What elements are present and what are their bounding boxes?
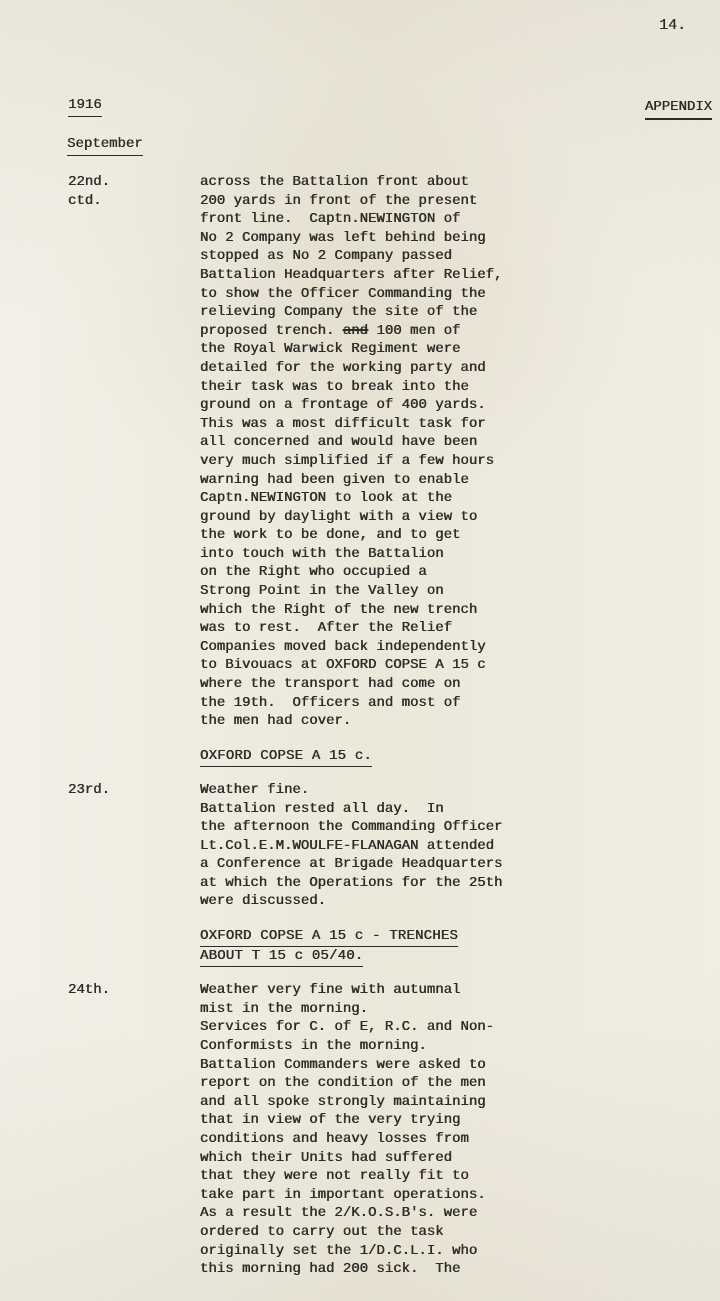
paragraph: Weather very fine with autumnalmist in t…	[200, 981, 658, 1279]
body-line: proposed trench. and 100 men of	[200, 322, 658, 341]
body-line: mist in the morning.	[200, 1000, 658, 1019]
body-line: which their Units had suffered	[200, 1149, 658, 1168]
entry-date: 24th.	[68, 981, 200, 1000]
text-segment: to show the Officer Commanding the	[200, 286, 486, 302]
paragraph: Weather fine.Battalion rested all day. I…	[200, 781, 658, 911]
body-line: ground by daylight with a view to	[200, 508, 658, 527]
body-line: the 19th. Officers and most of	[200, 694, 658, 713]
month-heading: September	[67, 135, 143, 156]
text-segment: Weather fine.	[200, 782, 309, 798]
struck-text: and	[343, 323, 368, 339]
body-line: which the Right of the new trench	[200, 601, 658, 620]
body-line: take part in important operations.	[200, 1186, 658, 1205]
body-line: very much simplified if a few hours	[200, 452, 658, 471]
date-line: 24th.	[68, 981, 200, 1000]
diary-entry: 22nd.ctd.across the Battalion front abou…	[68, 173, 658, 767]
text-segment: where the transport had come on	[200, 676, 460, 692]
body-line: their task was to break into the	[200, 378, 658, 397]
text-segment: on the Right who occupied a	[200, 564, 427, 580]
section-heading: OXFORD COPSE A 15 c.	[200, 747, 658, 767]
text-segment: their task was to break into the	[200, 379, 469, 395]
heading-line: OXFORD COPSE A 15 c - TRENCHES	[200, 927, 658, 947]
diary-entry: 23rd.Weather fine.Battalion rested all d…	[68, 781, 658, 967]
month-heading-text: September	[67, 135, 143, 156]
body-line: Battalion Headquarters after Relief,	[200, 266, 658, 285]
body-line: was to rest. After the Relief	[200, 619, 658, 638]
entry-date: 22nd.ctd.	[68, 173, 200, 210]
body-line: As a result the 2/K.O.S.B's. were	[200, 1204, 658, 1223]
text-segment: that in view of the very trying	[200, 1112, 460, 1128]
body-line: Weather very fine with autumnal	[200, 981, 658, 1000]
entry-body: across the Battalion front about200 yard…	[200, 173, 658, 767]
text-segment: Services for C. of E, R.C. and Non-	[200, 1019, 494, 1035]
heading-text: OXFORD COPSE A 15 c.	[200, 747, 372, 767]
body-line: Battalion rested all day. In	[200, 800, 658, 819]
text-segment: warning had been given to enable	[200, 472, 469, 488]
body-line: into touch with the Battalion	[200, 545, 658, 564]
text-segment: mist in the morning.	[200, 1001, 368, 1017]
body-line: and all spoke strongly maintaining	[200, 1093, 658, 1112]
text-segment: No 2 Company was left behind being	[200, 230, 486, 246]
text-segment: proposed trench.	[200, 323, 343, 339]
entry-body: Weather very fine with autumnalmist in t…	[200, 981, 658, 1279]
body-line: the men had cover.	[200, 712, 658, 731]
diary-entries: 22nd.ctd.across the Battalion front abou…	[68, 173, 658, 1293]
paragraph: across the Battalion front about200 yard…	[200, 173, 658, 731]
text-segment: ordered to carry out the task	[200, 1224, 444, 1240]
text-segment: Companies moved back independently	[200, 639, 486, 655]
text-segment: across the Battalion front about	[200, 174, 469, 190]
text-segment: As a result the 2/K.O.S.B's. were	[200, 1205, 477, 1221]
text-segment: the men had cover.	[200, 713, 351, 729]
text-segment: detailed for the working party and	[200, 360, 486, 376]
text-segment: the Royal Warwick Regiment were	[200, 341, 460, 357]
year-heading-text: 1916	[68, 96, 102, 117]
body-line: conditions and heavy losses from	[200, 1130, 658, 1149]
body-line: that they were not really fit to	[200, 1167, 658, 1186]
body-line: across the Battalion front about	[200, 173, 658, 192]
heading-text: OXFORD COPSE A 15 c - TRENCHES	[200, 927, 458, 947]
text-segment: 200 yards in front of the present	[200, 193, 477, 209]
body-line: This was a most difficult task for	[200, 415, 658, 434]
text-segment: take part in important operations.	[200, 1187, 486, 1203]
body-line: originally set the 1/D.C.L.I. who	[200, 1242, 658, 1261]
text-segment: was to rest. After the Relief	[200, 620, 452, 636]
date-line: ctd.	[68, 192, 200, 211]
body-line: No 2 Company was left behind being	[200, 229, 658, 248]
text-segment: This was a most difficult task for	[200, 416, 486, 432]
text-segment: 100 men of	[368, 323, 460, 339]
heading-line: OXFORD COPSE A 15 c.	[200, 747, 658, 767]
entry-body: Weather fine.Battalion rested all day. I…	[200, 781, 658, 967]
body-line: to Bivouacs at OXFORD COPSE A 15 c	[200, 656, 658, 675]
body-line: the Royal Warwick Regiment were	[200, 340, 658, 359]
body-line: relieving Company the site of the	[200, 303, 658, 322]
body-line: Conformists in the morning.	[200, 1037, 658, 1056]
year-heading: 1916	[68, 96, 102, 117]
text-segment: Weather very fine with autumnal	[200, 982, 460, 998]
diary-entry: 24th.Weather very fine with autumnalmist…	[68, 981, 658, 1279]
body-line: the afternoon the Commanding Officer	[200, 818, 658, 837]
body-line: Companies moved back independently	[200, 638, 658, 657]
body-line: Lt.Col.E.M.WOULFE-FLANAGAN attended	[200, 837, 658, 856]
body-line: Battalion Commanders were asked to	[200, 1056, 658, 1075]
text-segment: were discussed.	[200, 893, 326, 909]
body-line: Strong Point in the Valley on	[200, 582, 658, 601]
text-segment: the work to be done, and to get	[200, 527, 460, 543]
text-segment: all concerned and would have been	[200, 434, 477, 450]
text-segment: originally set the 1/D.C.L.I. who	[200, 1243, 477, 1259]
text-segment: Conformists in the morning.	[200, 1038, 427, 1054]
text-segment: very much simplified if a few hours	[200, 453, 494, 469]
text-segment: ground on a frontage of 400 yards.	[200, 397, 486, 413]
text-segment: a Conference at Brigade Headquarters	[200, 856, 502, 872]
heading-line: ABOUT T 15 c 05/40.	[200, 947, 658, 967]
body-line: the work to be done, and to get	[200, 526, 658, 545]
date-line: 22nd.	[68, 173, 200, 192]
text-segment: and all spoke strongly maintaining	[200, 1094, 486, 1110]
document-page: 14. 1916 APPENDIX September 22nd.ctd.acr…	[0, 0, 720, 1301]
text-segment: Captn.NEWINGTON to look at the	[200, 490, 452, 506]
body-line: on the Right who occupied a	[200, 563, 658, 582]
text-segment: report on the condition of the men	[200, 1075, 486, 1091]
text-segment: relieving Company the site of the	[200, 304, 477, 320]
body-line: where the transport had come on	[200, 675, 658, 694]
body-line: to show the Officer Commanding the	[200, 285, 658, 304]
text-segment: Battalion rested all day. In	[200, 801, 444, 817]
body-line: warning had been given to enable	[200, 471, 658, 490]
body-line: ground on a frontage of 400 yards.	[200, 396, 658, 415]
text-segment: that they were not really fit to	[200, 1168, 469, 1184]
body-line: 200 yards in front of the present	[200, 192, 658, 211]
text-segment: front line. Captn.NEWINGTON of	[200, 211, 460, 227]
body-line: Captn.NEWINGTON to look at the	[200, 489, 658, 508]
section-heading: OXFORD COPSE A 15 c - TRENCHESABOUT T 15…	[200, 927, 658, 967]
text-segment: to Bivouacs at OXFORD COPSE A 15 c	[200, 657, 486, 673]
body-line: were discussed.	[200, 892, 658, 911]
text-segment: into touch with the Battalion	[200, 546, 444, 562]
body-line: report on the condition of the men	[200, 1074, 658, 1093]
text-segment: conditions and heavy losses from	[200, 1131, 469, 1147]
body-line: front line. Captn.NEWINGTON of	[200, 210, 658, 229]
appendix-heading-text: APPENDIX	[645, 98, 712, 120]
body-line: ordered to carry out the task	[200, 1223, 658, 1242]
body-line: Weather fine.	[200, 781, 658, 800]
text-segment: the afternoon the Commanding Officer	[200, 819, 502, 835]
body-line: this morning had 200 sick. The	[200, 1260, 658, 1279]
text-segment: Battalion Commanders were asked to	[200, 1057, 486, 1073]
text-segment: this morning had 200 sick. The	[200, 1261, 460, 1277]
page-number: 14.	[659, 16, 686, 35]
text-segment: which their Units had suffered	[200, 1150, 452, 1166]
text-segment: at which the Operations for the 25th	[200, 875, 502, 891]
body-line: that in view of the very trying	[200, 1111, 658, 1130]
body-line: a Conference at Brigade Headquarters	[200, 855, 658, 874]
text-segment: Lt.Col.E.M.WOULFE-FLANAGAN attended	[200, 838, 494, 854]
body-line: detailed for the working party and	[200, 359, 658, 378]
text-segment: ground by daylight with a view to	[200, 509, 477, 525]
text-segment: Battalion Headquarters after Relief,	[200, 267, 502, 283]
text-segment: stopped as No 2 Company passed	[200, 248, 452, 264]
body-line: at which the Operations for the 25th	[200, 874, 658, 893]
text-segment: Strong Point in the Valley on	[200, 583, 444, 599]
heading-text: ABOUT T 15 c 05/40.	[200, 947, 363, 967]
body-line: Services for C. of E, R.C. and Non-	[200, 1018, 658, 1037]
text-segment: which the Right of the new trench	[200, 602, 477, 618]
entry-date: 23rd.	[68, 781, 200, 800]
text-segment: the 19th. Officers and most of	[200, 695, 460, 711]
body-line: stopped as No 2 Company passed	[200, 247, 658, 266]
appendix-heading: APPENDIX	[645, 98, 712, 120]
date-line: 23rd.	[68, 781, 200, 800]
body-line: all concerned and would have been	[200, 433, 658, 452]
